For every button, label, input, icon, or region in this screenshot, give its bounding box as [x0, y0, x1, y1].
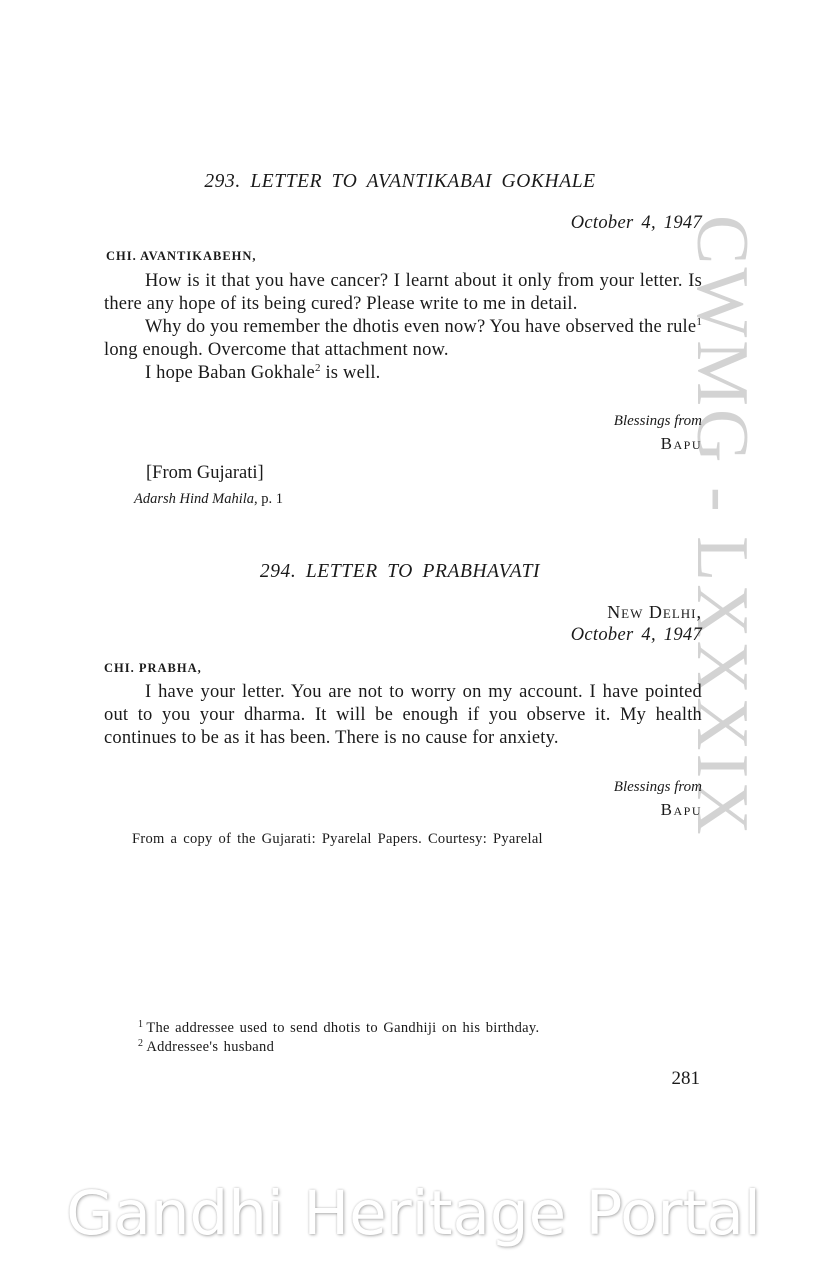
letter-294-body: I have your letter. You are not to worry…	[104, 681, 702, 750]
letter-293-closing: Blessings from	[614, 413, 702, 430]
footnote-ref-1: 1	[696, 316, 702, 328]
page-number: 281	[672, 1068, 701, 1090]
paragraph-text: Why do you remember the dhotis even now?…	[145, 317, 696, 337]
paragraph-text: long enough. Overcome that attachment no…	[104, 340, 449, 360]
letter-293-source-citation: Adarsh Hind Mahila, p. 1	[134, 491, 283, 508]
paragraph-text: is well.	[321, 363, 381, 383]
letter-293-signature: Bapu	[661, 434, 702, 454]
source-page: , p. 1	[254, 491, 283, 507]
footnote-text: Addressee's husband	[146, 1039, 274, 1055]
footnote-marker: 1	[138, 1019, 143, 1030]
source-publication: Adarsh Hind Mahila	[134, 491, 254, 507]
paragraph-text: How is it that you have cancer? I learnt…	[104, 271, 702, 314]
paragraph-text: I hope Baban Gokhale	[145, 363, 315, 383]
footnote-marker: 2	[138, 1038, 143, 1049]
letter-293-paragraph-3: I hope Baban Gokhale2 is well.	[104, 362, 702, 385]
footnote-text: The addressee used to send dhotis to Gan…	[146, 1020, 539, 1036]
letter-294-salutation: CHI. PRABHA,	[104, 661, 202, 676]
letter-293-body: How is it that you have cancer? I learnt…	[104, 270, 702, 385]
letter-294-date: October 4, 1947	[571, 625, 702, 646]
letter-293-salutation: CHI. AVANTIKABEHN,	[106, 249, 257, 264]
footnote-1: 1The addressee used to send dhotis to Ga…	[138, 1020, 539, 1037]
letter-293-paragraph-2: Why do you remember the dhotis even now?…	[104, 316, 702, 362]
letter-293-date: October 4, 1947	[571, 213, 702, 234]
letter-294-title: 294. LETTER TO PRABHAVATI	[0, 561, 800, 583]
letter-293-title: 293. LETTER TO AVANTIKABAI GOKHALE	[0, 171, 800, 193]
letter-294-signature: Bapu	[661, 800, 702, 820]
footnote-2: 2Addressee's husband	[138, 1039, 274, 1056]
letter-294-place: New Delhi,	[607, 602, 702, 623]
letter-294-closing: Blessings from	[614, 779, 702, 796]
bottom-watermark: Gandhi Heritage Portal	[0, 1178, 827, 1249]
letter-293-paragraph-1: How is it that you have cancer? I learnt…	[104, 270, 702, 316]
paragraph-text: I have your letter. You are not to worry…	[104, 682, 702, 748]
letter-294-source-line: From a copy of the Gujarati: Pyarelal Pa…	[132, 831, 543, 848]
letter-293-source-note: [From Gujarati]	[146, 463, 264, 484]
letter-294-paragraph-1: I have your letter. You are not to worry…	[104, 681, 702, 750]
